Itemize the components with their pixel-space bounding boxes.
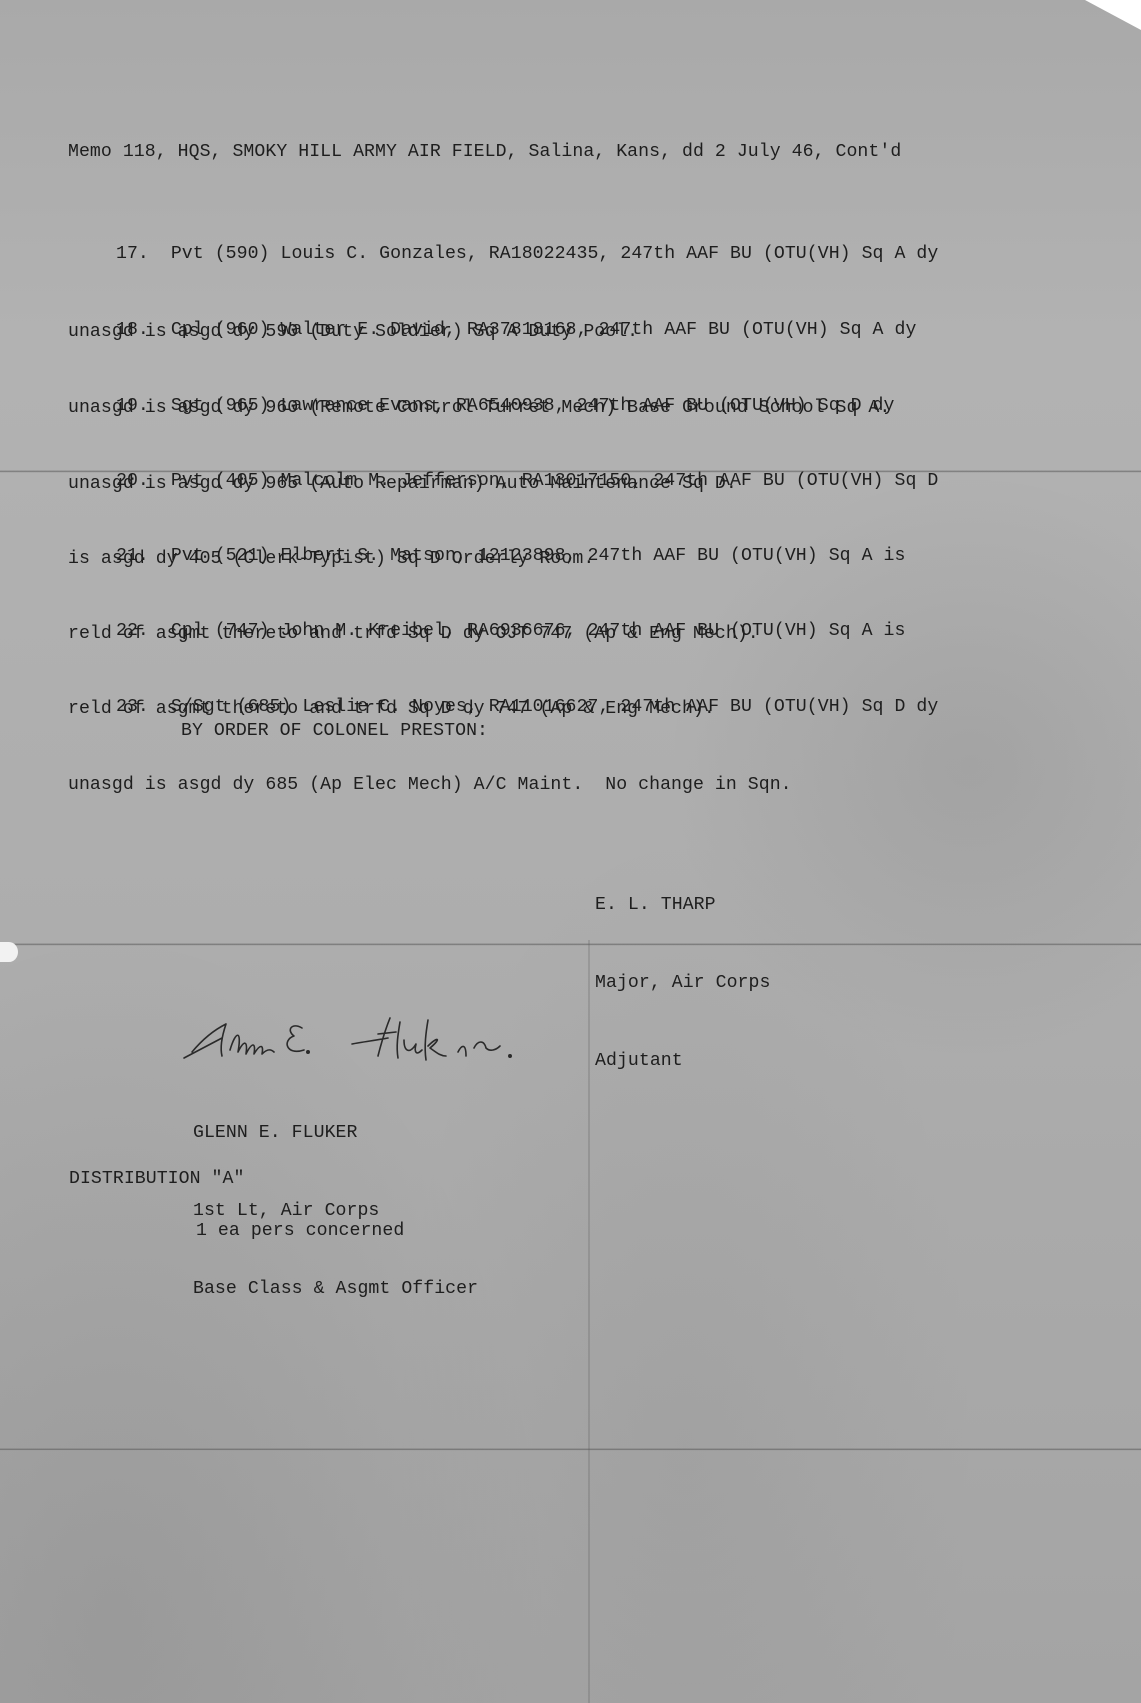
paragraph-number: 22. (116, 621, 149, 641)
signatory-name: E. L. THARP (595, 892, 770, 918)
signature-block-adjutant: E. L. THARP Major, Air Corps Adjutant (595, 840, 770, 1126)
paragraph-line-1: 22. Cpl (747) John M. Kreibel, RA6936676… (68, 618, 905, 644)
signatory-title: Adjutant (595, 1048, 770, 1074)
paragraph-number: 19. (116, 396, 149, 416)
distribution-line: 1 ea pers concerned (196, 1218, 404, 1244)
handwritten-signature: Glenn E. Fluker (182, 1000, 582, 1070)
signatory-rank: Major, Air Corps (595, 970, 770, 996)
paragraph-text: Sgt (965) Lawrence Evans, RA6540938, 247… (171, 396, 895, 416)
order-line: BY ORDER OF COLONEL PRESTON: (181, 718, 488, 744)
paragraph-number: 17. (116, 244, 149, 264)
memo-header: Memo 118, HQS, SMOKY HILL ARMY AIR FIELD… (68, 139, 901, 165)
paragraph-text: S/Sgt (685) Leslie C. Noyes, RA11016627,… (171, 697, 939, 717)
paragraph-text: Pvt (590) Louis C. Gonzales, RA18022435,… (171, 244, 939, 264)
paragraph-23: 23. S/Sgt (685) Leslie C. Noyes, RA11016… (68, 642, 938, 850)
paragraph-number: 21. (116, 546, 149, 566)
paragraph-text: Cpl (747) John M. Kreibel, RA6936676, 24… (171, 621, 906, 641)
distribution-heading: DISTRIBUTION "A" (69, 1166, 244, 1192)
paper-fold-line (0, 1448, 1141, 1451)
paragraph-line-2: unasgd is asgd dy 685 (Ap Elec Mech) A/C… (68, 772, 938, 798)
paragraph-line-1: 17. Pvt (590) Louis C. Gonzales, RA18022… (68, 241, 938, 267)
signatory-title: Base Class & Asgmt Officer (193, 1276, 478, 1302)
paragraph-text: Cpl (960) Walter E. David, RA37818168, 2… (171, 320, 917, 340)
paper-fold-line (0, 943, 1141, 946)
paper-fold-line (588, 940, 590, 1703)
document-page: Memo 118, HQS, SMOKY HILL ARMY AIR FIELD… (0, 0, 1141, 1703)
paragraph-line-1: 23. S/Sgt (685) Leslie C. Noyes, RA11016… (68, 694, 938, 720)
paragraph-number: 20. (116, 471, 149, 491)
signature-block-officer: GLENN E. FLUKER 1st Lt, Air Corps Base C… (193, 1068, 478, 1354)
paragraph-text: Pvt (521) Elbert S. Matson, 12123898, 24… (171, 546, 906, 566)
paper-tear (0, 942, 18, 962)
paragraph-number: 18. (116, 320, 149, 340)
signatory-name: GLENN E. FLUKER (193, 1120, 478, 1146)
paragraph-text: Pvt (405) Malcolm M. Jefferson, RA130171… (171, 471, 939, 491)
paragraph-number: 23. (116, 697, 149, 717)
paragraph-line-1: 18. Cpl (960) Walter E. David, RA3781816… (68, 317, 916, 343)
